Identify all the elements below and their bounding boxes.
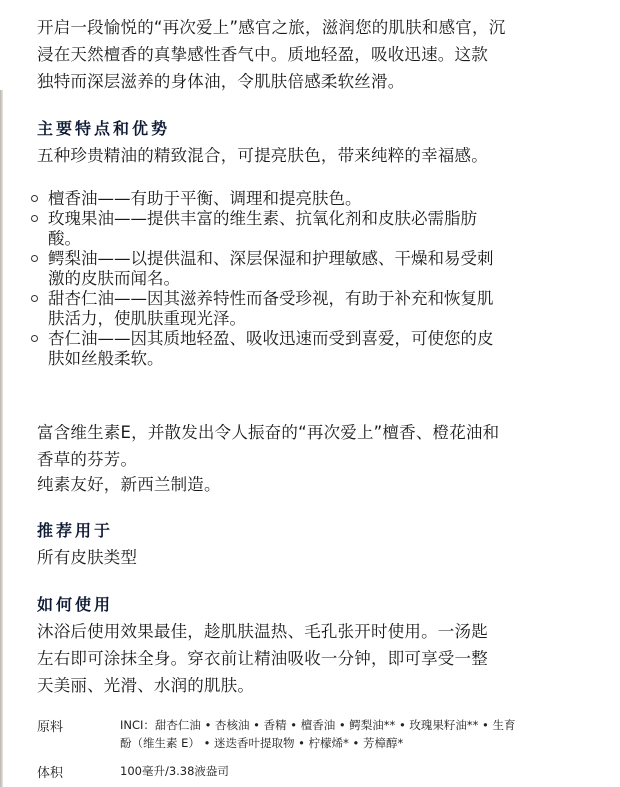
left-border bbox=[0, 90, 3, 787]
spec-value: 100毫升/3.38液盎司 bbox=[120, 762, 557, 781]
extra-line: 纯素友好，新西兰制造。 bbox=[37, 473, 557, 497]
usage-line: 左右即可涂抹全身。穿衣前让精油吸收一分钟，即可享受一整 bbox=[37, 645, 557, 672]
feature-item-sandalwood: 檀香油——有助于平衡、调理和提亮肤色。 bbox=[31, 189, 551, 209]
intro-line: 浸在天然檀香的真挚感性香气中。质地轻盈，吸收迅速。这款 bbox=[37, 41, 557, 68]
feature-item-sweet-almond: 甜杏仁油——因其滋养特性而备受珍视，有助于补充和恢复肌 肤活力，使肌肤重现光泽。 bbox=[31, 289, 551, 329]
intro-line: 独特而深层滋养的身体油，令肌肤倍感柔软丝滑。 bbox=[37, 68, 557, 95]
extra-paragraph: 富含维生素E，并散发出令人振奋的“再次爱上”檀香、橙花油和 香草的芬芳。 纯素友… bbox=[37, 419, 557, 497]
spec-label: 体积 bbox=[37, 762, 120, 781]
extra-line: 富含维生素E，并散发出令人振奋的“再次爱上”檀香、橙花油和 bbox=[37, 419, 557, 446]
hollow-bullet-icon bbox=[31, 215, 38, 222]
feature-text: 甜杏仁油——因其滋养特性而备受珍视，有助于补充和恢复肌 bbox=[48, 289, 551, 309]
usage-section: 如何使用 沐浴后使用效果最佳，趁肌肤温热、毛孔张开时使用。一汤匙 左右即可涂抹全… bbox=[37, 593, 557, 699]
recommended-text: 所有皮肤类型 bbox=[37, 544, 557, 571]
intro-paragraph: 开启一段愉悦的“再次爱上”感官之旅，滋润您的肌肤和感官，沉 浸在天然檀香的真挚感… bbox=[37, 14, 557, 95]
spec-row-ingredients: 原料 INCI：甜杏仁油 • 杏核油 • 香精 • 檀香油 • 鳄梨油** • … bbox=[37, 716, 557, 752]
feature-text: 鳄梨油——以提供温和、深层保湿和护理敏感、干燥和易受刺 bbox=[48, 249, 551, 269]
feature-text: 激的皮肤而闻名。 bbox=[48, 269, 551, 289]
features-section: 主要特点和优势 五种珍贵精油的精致混合，可提亮肤色，带来纯粹的幸福感。 bbox=[37, 117, 557, 169]
feature-text: 檀香油——有助于平衡、调理和提亮肤色。 bbox=[48, 189, 551, 209]
ingredients-line: INCI：甜杏仁油 • 杏核油 • 香精 • 檀香油 • 鳄梨油** • 玫瑰果… bbox=[120, 716, 557, 734]
feature-text: 杏仁油——因其质地轻盈、吸收迅速而受到喜爱，可使您的皮 bbox=[48, 329, 551, 349]
hollow-bullet-icon bbox=[31, 335, 38, 342]
recommended-section: 推荐用于 所有皮肤类型 bbox=[37, 519, 557, 571]
feature-item-avocado: 鳄梨油——以提供温和、深层保湿和护理敏感、干燥和易受刺 激的皮肤而闻名。 bbox=[31, 249, 551, 289]
extra-line: 香草的芬芳。 bbox=[37, 446, 557, 473]
usage-line: 沐浴后使用效果最佳，趁肌肤温热、毛孔张开时使用。一汤匙 bbox=[37, 618, 557, 645]
intro-line: 开启一段愉悦的“再次爱上”感官之旅，滋润您的肌肤和感官，沉 bbox=[37, 14, 557, 41]
feature-text: 肤如丝般柔软。 bbox=[48, 349, 551, 369]
spec-value: INCI：甜杏仁油 • 杏核油 • 香精 • 檀香油 • 鳄梨油** • 玫瑰果… bbox=[120, 716, 557, 752]
spec-table: 原料 INCI：甜杏仁油 • 杏核油 • 香精 • 檀香油 • 鳄梨油** • … bbox=[37, 716, 557, 787]
spec-row-volume: 体积 100毫升/3.38液盎司 bbox=[37, 762, 557, 781]
features-list: 檀香油——有助于平衡、调理和提亮肤色。 玫瑰果油——提供丰富的维生素、抗氧化剂和… bbox=[31, 189, 551, 369]
feature-item-rosehip: 玫瑰果油——提供丰富的维生素、抗氧化剂和皮肤必需脂肪 酸。 bbox=[31, 209, 551, 249]
feature-text: 肤活力，使肌肤重现光泽。 bbox=[48, 309, 551, 329]
hollow-bullet-icon bbox=[31, 295, 38, 302]
spec-label: 原料 bbox=[37, 716, 120, 752]
features-summary: 五种珍贵精油的精致混合，可提亮肤色，带来纯粹的幸福感。 bbox=[37, 142, 557, 169]
usage-heading: 如何使用 bbox=[37, 593, 557, 617]
usage-line: 天美丽、光滑、水润的肌肤。 bbox=[37, 672, 557, 699]
ingredients-line: 酚（维生素 E） • 迷迭香叶提取物 • 柠檬烯* • 芳樟醇* bbox=[120, 734, 557, 752]
features-heading: 主要特点和优势 bbox=[37, 117, 557, 141]
feature-item-apricot: 杏仁油——因其质地轻盈、吸收迅速而受到喜爱，可使您的皮 肤如丝般柔软。 bbox=[31, 329, 551, 369]
feature-text: 酸。 bbox=[48, 229, 551, 249]
hollow-bullet-icon bbox=[31, 255, 38, 262]
hollow-bullet-icon bbox=[31, 195, 38, 202]
feature-text: 玫瑰果油——提供丰富的维生素、抗氧化剂和皮肤必需脂肪 bbox=[48, 209, 551, 229]
recommended-heading: 推荐用于 bbox=[37, 519, 557, 543]
volume-value: 100毫升/3.38液盎司 bbox=[120, 762, 557, 780]
